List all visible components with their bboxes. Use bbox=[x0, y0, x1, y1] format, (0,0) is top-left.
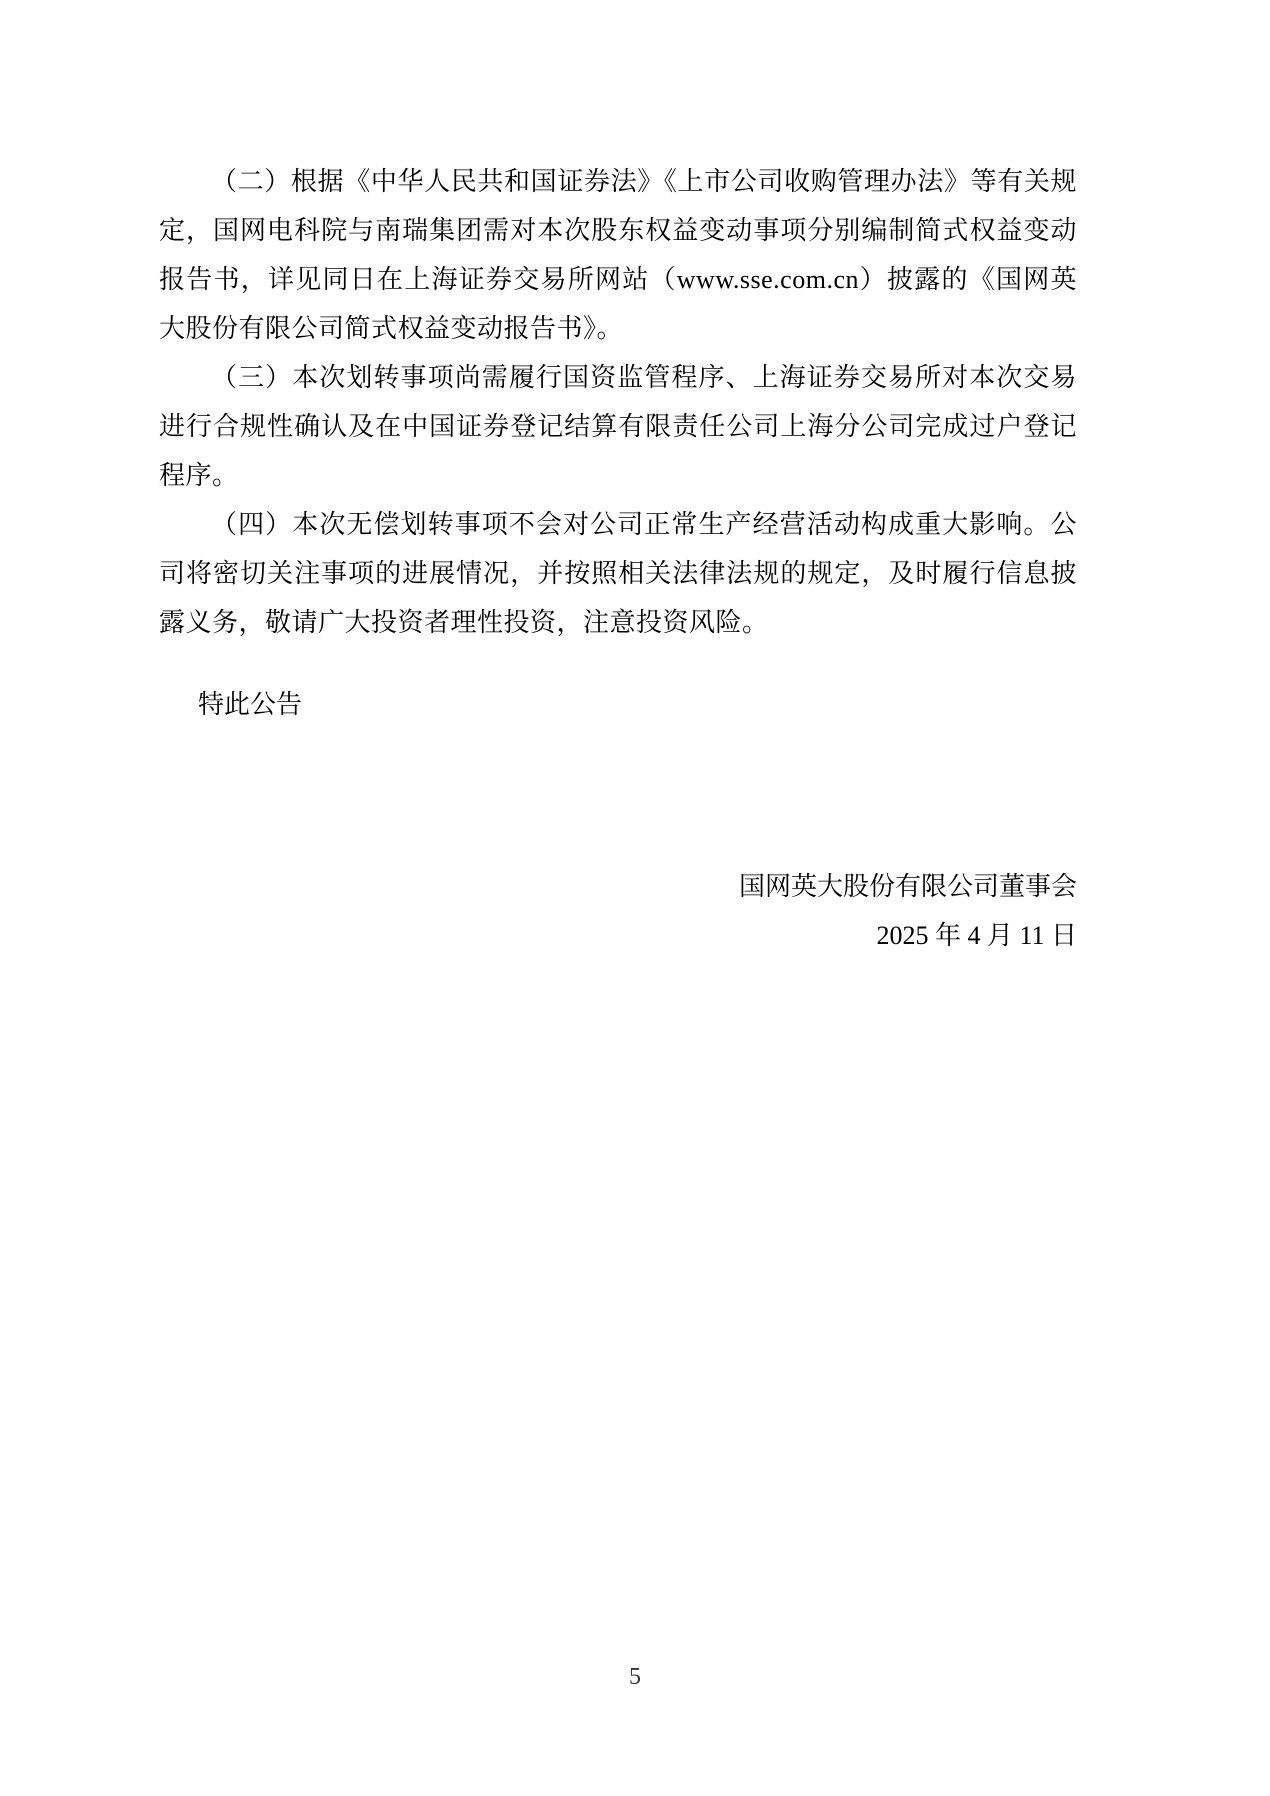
document-body: （二）根据《中华人民共和国证券法》《上市公司收购管理办法》等有关规定，国网电科院… bbox=[159, 157, 1077, 960]
signature-date: 2025 年 4 月 11 日 bbox=[159, 911, 1077, 960]
closing-statement: 特此公告 bbox=[159, 680, 1077, 729]
page-number: 5 bbox=[0, 1663, 1270, 1691]
document-page: （二）根据《中华人民共和国证券法》《上市公司收购管理办法》等有关规定，国网电科院… bbox=[0, 0, 1270, 1796]
paragraph-item-3: （三）本次划转事项尚需履行国资监管程序、上海证券交易所对本次交易进行合规性确认及… bbox=[159, 353, 1077, 500]
paragraph-item-2: （二）根据《中华人民共和国证券法》《上市公司收购管理办法》等有关规定，国网电科院… bbox=[159, 157, 1077, 353]
signature-company: 国网英大股份有限公司董事会 bbox=[159, 862, 1077, 911]
signature-block: 国网英大股份有限公司董事会 2025 年 4 月 11 日 bbox=[159, 862, 1077, 960]
paragraph-item-4: （四）本次无偿划转事项不会对公司正常生产经营活动构成重大影响。公司将密切关注事项… bbox=[159, 500, 1077, 647]
